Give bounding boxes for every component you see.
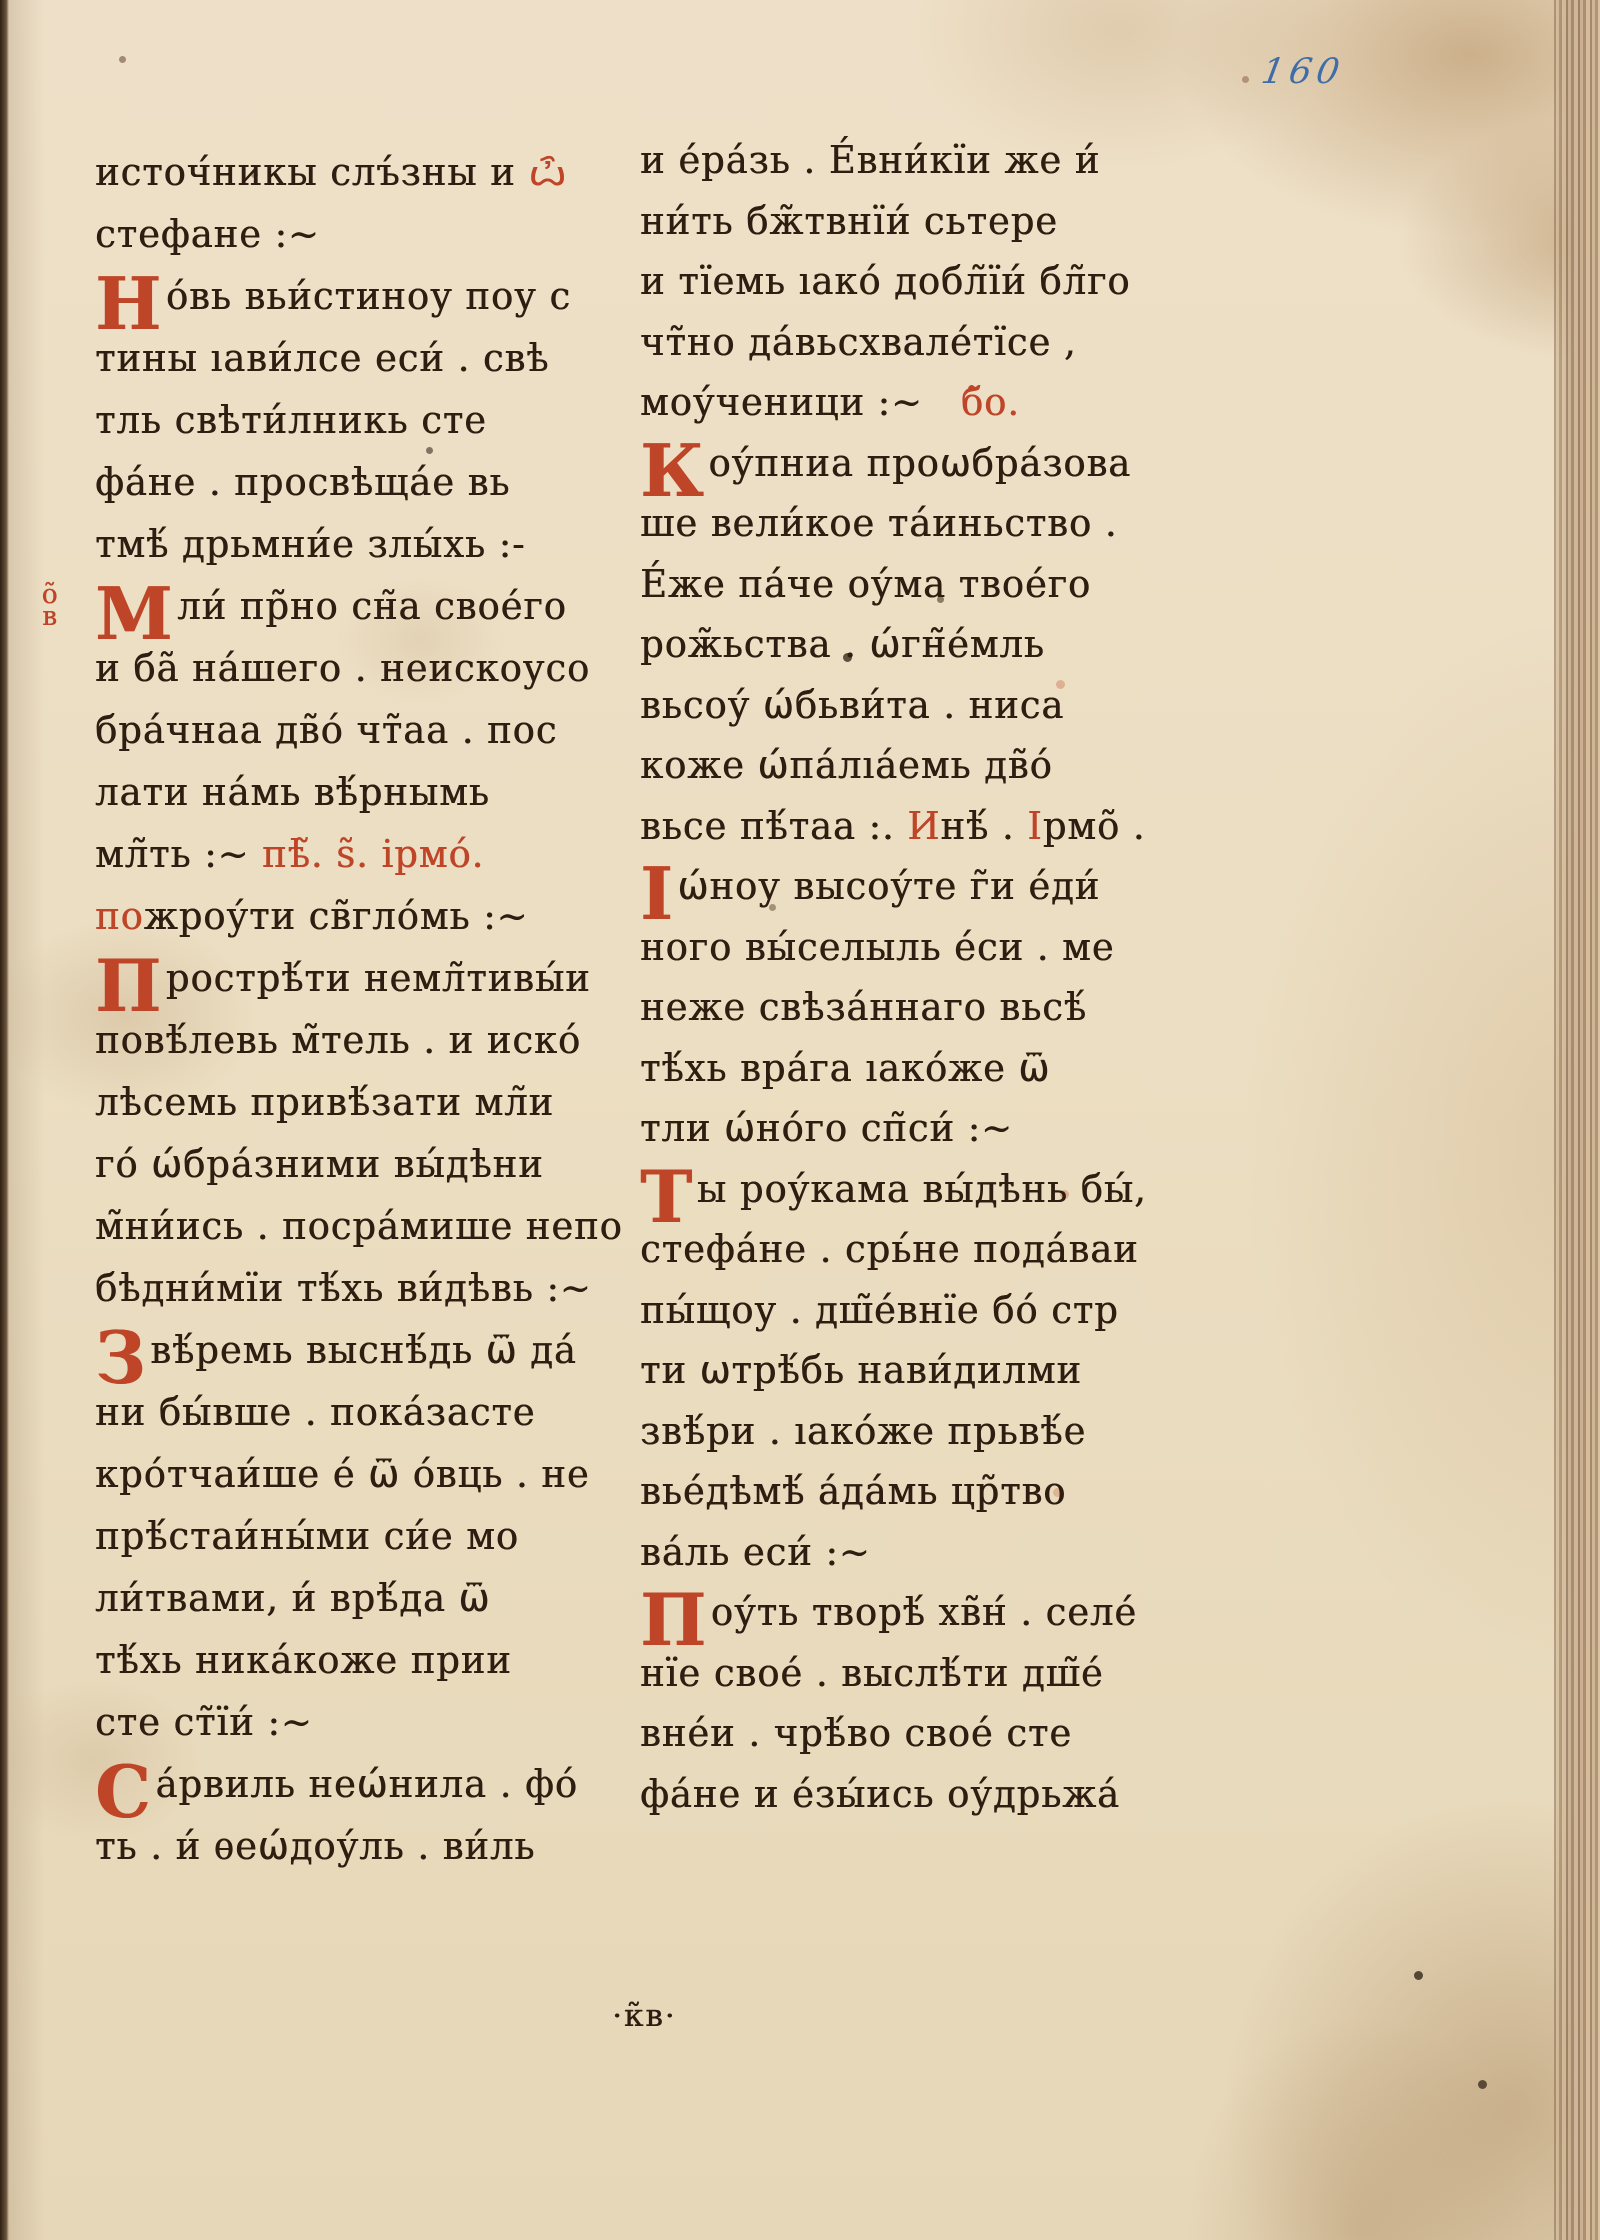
text-line: Іѡ́ноу высоу́те г̃и е́ди́ [640,864,1100,923]
text-line: Поу́ть творѣ́ хв̃н́ . селе́ [640,1590,1137,1649]
folio-number: 160 [1258,52,1347,92]
body-text: ше вели́кое та́иньство . [640,501,1117,545]
body-text: ѡ́ноу высоу́те г̃и е́ди́ [678,864,1101,908]
body-text: ли́твами, и́ врѣ́да ѿ [95,1576,490,1620]
body-text: вѣ́ремь выснѣ́дь ѿ да́ [150,1328,577,1372]
text-line: Коу́пниа проѡбра́зова [640,441,1131,500]
body-text: тины ıави́лсе еси́ . свѣ [95,336,549,380]
text-line: и ба̃ на́шего . неискоусо [95,646,590,690]
binding-gutter-edge [0,0,9,2240]
body-text: пы́щоу . дш̃е́внїе бо́ стр [640,1288,1119,1332]
body-text: фа́не и е́зы́ись оу́дрьжа́ [640,1772,1120,1816]
text-line: чт̃но да́вьсхвале́тїсе , [640,320,1077,364]
text-line: м̃ни́ись . посра́мише непо [95,1204,623,1248]
text-line: источ́никы слъ́зны и ѽ [95,150,567,194]
body-text: и е́ра́зь . Е́вни́кїи же и́ [640,138,1100,182]
body-text: вьсоу́ ѡ́бьви́та . ниса [640,683,1064,727]
text-line: о̃вМли́ пр̃но сн̃а свое́го [95,584,567,643]
text-line: Но́вь вьи́стиноу поу с [95,274,571,333]
body-text: тмѣ́ дрьмни́е злы́хь :- [95,522,525,566]
body-text: тѣ́хь ника́коже прии [95,1638,512,1682]
body-text: и тїемь ıако́ добл̃їи́ бл̃го [640,259,1130,303]
body-text: кро́тчаи́ше е́ ѿ о́вць . не [95,1452,590,1496]
text-line: тмѣ́ дрьмни́е злы́хь :- [95,522,525,566]
rubric-text: И [907,804,940,848]
body-text: оу́ть творѣ́ хв̃н́ . селе́ [711,1590,1137,1634]
parchment-specks [0,0,5,5]
initial-letter: П [95,957,162,1015]
body-text: вьсе пѣ́таа :. [640,804,907,848]
body-text: моу́ченици :~ [640,380,961,424]
body-text: стефане :~ [95,212,320,256]
text-line: ти ѡтрѣ́бь нави́дилми [640,1348,1082,1392]
text-line: тль свѣти́лникь сте [95,398,487,442]
text-line: пожроу́ти св̃гло́мь :~ [95,894,528,938]
text-line: ни бы́вше . пока́засте [95,1390,535,1434]
body-text: фа́не . просвѣща́е вь [95,460,510,504]
text-line: Звѣ́ремь выснѣ́дь ѿ да́ [95,1328,577,1387]
text-line: ного вы́селыль е́си . ме [640,925,1114,969]
initial-letter: П [640,1591,707,1649]
text-line: фа́не . просвѣща́е вь [95,460,510,504]
body-text: рож̃ьства . ѡ́гн̃е́мль [640,622,1045,666]
body-text: ы роу́кама вы́дѣнь бы́, [697,1167,1147,1211]
text-line: тины ıави́лсе еси́ . свѣ [95,336,549,380]
quire-signature: ·к̃в· [612,1998,677,2034]
body-text: го́ ѡ́бра́зними вы́дѣни [95,1142,544,1186]
text-line: и е́ра́зь . Е́вни́кїи же и́ [640,138,1100,182]
body-text: вне́и . чрѣ́во свое́ сте [640,1711,1072,1755]
manuscript-photo: { "page": { "folio_number": "160", "quir… [0,0,1600,2240]
rubric-margin-char: в [42,606,58,628]
rubric-margin-note: о̃в [42,584,59,627]
body-text: источ́никы слъ́зны и [95,150,528,194]
text-line: бра́чнаа дв̃о́ чт̃аа . пос [95,708,557,752]
text-line: пы́щоу . дш̃е́внїе бо́ стр [640,1288,1119,1332]
text-line: Прострѣ́ти немл̃тивы́и [95,956,591,1015]
text-line: повѣ́левь м̃тель . и иско́ [95,1018,581,1062]
text-line: стефа́не . срь́не пода́ваи [640,1227,1139,1271]
text-line: Ты роу́кама вы́дѣнь бы́, [640,1167,1147,1226]
body-text: ва́ль еси́ :~ [640,1530,871,1574]
initial-letter: Н [95,275,162,333]
rubric-text: пѣ̃. ѕ̃. ірмо́. [262,832,484,876]
initial-letter: К [640,442,705,500]
body-text: тѣ́хь вра́га ıако́же ѿ [640,1046,1050,1090]
body-text: лати на́мь вѣ́рнымь [95,770,490,814]
text-line: звѣ́ри . ıако́же прьвѣ́е [640,1409,1086,1453]
text-line: вье́дѣмѣ́ а́да́мь цр̃тво [640,1469,1066,1513]
text-line: Са́рвиль неѡ́нила . фо́ [95,1762,578,1821]
body-text: неже свѣза́ннаго вьсѣ́ [640,985,1087,1029]
body-text: ни́ть бж̃твнїи́ сьтере [640,199,1058,243]
body-text: ти ѡтрѣ́бь нави́дилми [640,1348,1082,1392]
initial-letter: З [95,1329,146,1387]
body-text: повѣ́левь м̃тель . и иско́ [95,1018,581,1062]
body-text: ли́ пр̃но сн̃а свое́го [177,584,567,628]
text-line: прѣ́стаи́ны́ми си́е мо [95,1514,519,1558]
text-line: нїе свое́ . выслѣ́ти дш̃е́ [640,1651,1104,1695]
text-line: стефане :~ [95,212,320,256]
body-text: Е́же па́че оу́ма твое́го [640,562,1091,606]
initial-letter: С [95,1763,152,1821]
initial-letter: М [95,585,173,643]
text-line: вне́и . чрѣ́во свое́ сте [640,1711,1072,1755]
body-text: коже ѡ́па́лıа́емь дв̃о́ [640,743,1053,787]
text-line: тѣ́хь ника́коже прии [95,1638,512,1682]
text-line: Е́же па́че оу́ма твое́го [640,562,1091,606]
body-text: оу́пниа проѡбра́зова [708,441,1131,485]
body-text: ного вы́селыль е́си . ме [640,925,1114,969]
rubric-text: ѽ [528,150,567,194]
text-line: ва́ль еси́ :~ [640,1530,871,1574]
body-text: бра́чнаа дв̃о́ чт̃аа . пос [95,708,557,752]
text-line: и тїемь ıако́ добл̃їи́ бл̃го [640,259,1130,303]
text-line: бѣдни́мїи тѣ́хь ви́дѣвь :~ [95,1266,592,1310]
text-line: тѣ́хь вра́га ıако́же ѿ [640,1046,1050,1090]
body-text: прѣ́стаи́ны́ми си́е мо [95,1514,519,1558]
text-line: коже ѡ́па́лıа́емь дв̃о́ [640,743,1053,787]
text-line: рож̃ьства . ѡ́гн̃е́мль [640,622,1045,666]
body-text: мл̃ть :~ [95,832,262,876]
rubric-text: б̃о. [961,380,1020,424]
body-text: рмо̃ . [1043,804,1146,848]
text-line: ли́твами, и́ врѣ́да ѿ [95,1576,490,1620]
body-text: и ба̃ на́шего . неискоусо [95,646,590,690]
body-text: сте ст̃їи́ :~ [95,1700,313,1744]
body-text: бѣдни́мїи тѣ́хь ви́дѣвь :~ [95,1266,592,1310]
text-line: фа́не и е́зы́ись оу́дрьжа́ [640,1772,1120,1816]
text-line: ни́ть бж̃твнїи́ сьтере [640,199,1058,243]
text-line: неже свѣза́ннаго вьсѣ́ [640,985,1087,1029]
body-text: лѣсемь привѣ́зати мл̃и [95,1080,554,1124]
body-text: тль свѣти́лникь сте [95,398,487,442]
text-line: тли ѡ́но́го сп̃си́ :~ [640,1106,1013,1150]
body-text: а́рвиль неѡ́нила . фо́ [155,1762,577,1806]
body-text: жроу́ти св̃гло́мь :~ [144,894,529,938]
text-line: вьсоу́ ѡ́бьви́та . ниса [640,683,1064,727]
book-page-edges [1554,0,1600,2240]
body-text: ть . и́ ѳеѡ́доу́ль . ви́ль [95,1824,535,1868]
body-text: нїе свое́ . выслѣ́ти дш̃е́ [640,1651,1104,1695]
body-text: звѣ́ри . ıако́же прьвѣ́е [640,1409,1086,1453]
text-line: мл̃ть :~ пѣ̃. ѕ̃. ірмо́. [95,832,484,876]
body-text: тли ѡ́но́го сп̃си́ :~ [640,1106,1013,1150]
initial-letter: І [640,865,674,923]
body-text: м̃ни́ись . посра́мише непо [95,1204,623,1248]
body-text: чт̃но да́вьсхвале́тїсе , [640,320,1077,364]
rubric-text: І [1027,804,1043,848]
body-text: вье́дѣмѣ́ а́да́мь цр̃тво [640,1469,1066,1513]
text-line: моу́ченици :~ б̃о. [640,380,1020,424]
text-line: сте ст̃їи́ :~ [95,1700,313,1744]
text-line: ше вели́кое та́иньство . [640,501,1117,545]
body-text: рострѣ́ти немл̃тивы́и [166,956,591,1000]
text-line: лати на́мь вѣ́рнымь [95,770,490,814]
initial-letter: Т [640,1168,693,1226]
rubric-text: по [95,894,144,938]
body-text: стефа́не . срь́не пода́ваи [640,1227,1139,1271]
text-line: го́ ѡ́бра́зними вы́дѣни [95,1142,544,1186]
text-line: кро́тчаи́ше е́ ѿ о́вць . не [95,1452,590,1496]
body-text: ни бы́вше . пока́засте [95,1390,535,1434]
text-line: ть . и́ ѳеѡ́доу́ль . ви́ль [95,1824,535,1868]
text-line: вьсе пѣ́таа :. Инѣ́ . Ірмо̃ . [640,804,1145,848]
body-text: нѣ́ . [940,804,1027,848]
body-text: о́вь вьи́стиноу поу с [166,274,571,318]
text-line: лѣсемь привѣ́зати мл̃и [95,1080,554,1124]
